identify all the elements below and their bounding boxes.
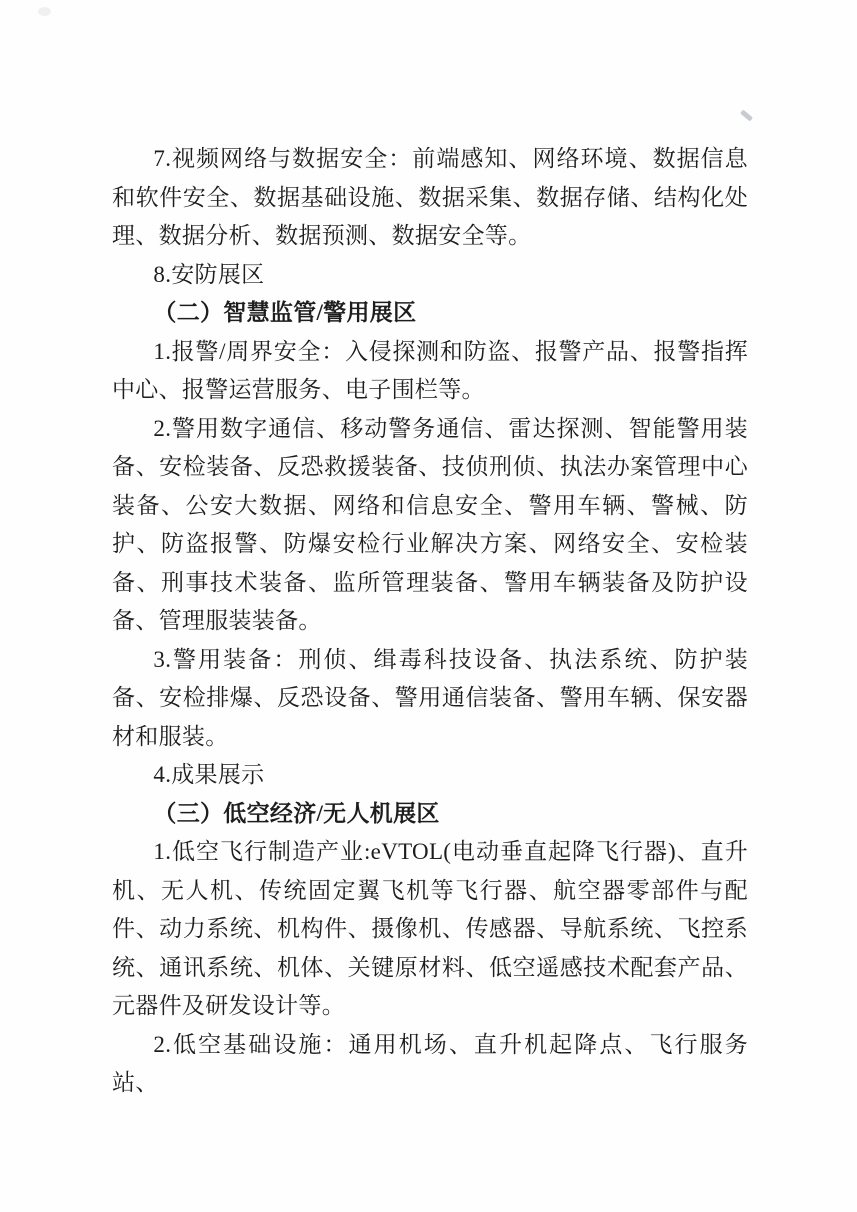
para-achievement-display: 4.成果展示 [112, 756, 748, 795]
heading-section-3-low-altitude-economy-drone-zone: （三）低空经济/无人机展区 [112, 795, 748, 834]
document-body: 7.视频网络与数据安全：前端感知、网络环境、数据信息和软件安全、数据基础设施、数… [112, 140, 748, 1103]
scan-smudge-top-left [38, 7, 51, 16]
heading-section-2-smart-supervision-police-zone: （二）智慧监管/警用展区 [112, 294, 748, 333]
para-police-digital-communication: 2.警用数字通信、移动警务通信、雷达探测、智能警用装备、安检装备、反恐救援装备、… [112, 410, 748, 641]
para-low-altitude-manufacturing: 1.低空飞行制造产业:eVTOL(电动垂直起降飞行器)、直升机、无人机、传统固定… [112, 833, 748, 1026]
scan-smudge-top-right [740, 109, 753, 121]
para-alarm-perimeter-security: 1.报警/周界安全：入侵探测和防盗、报警产品、报警指挥中心、报警运营服务、电子围… [112, 333, 748, 410]
para-police-equipment: 3.警用装备：刑侦、缉毒科技设备、执法系统、防护装备、安检排爆、反恐设备、警用通… [112, 641, 748, 757]
para-security-exhibition-zone: 8.安防展区 [112, 256, 748, 295]
para-video-network-data-security: 7.视频网络与数据安全：前端感知、网络环境、数据信息和软件安全、数据基础设施、数… [112, 140, 748, 256]
para-low-altitude-infrastructure: 2.低空基础设施：通用机场、直升机起降点、飞行服务站、 [112, 1026, 748, 1103]
scanned-document-page: 7.视频网络与数据安全：前端感知、网络环境、数据信息和软件安全、数据基础设施、数… [0, 0, 857, 1212]
